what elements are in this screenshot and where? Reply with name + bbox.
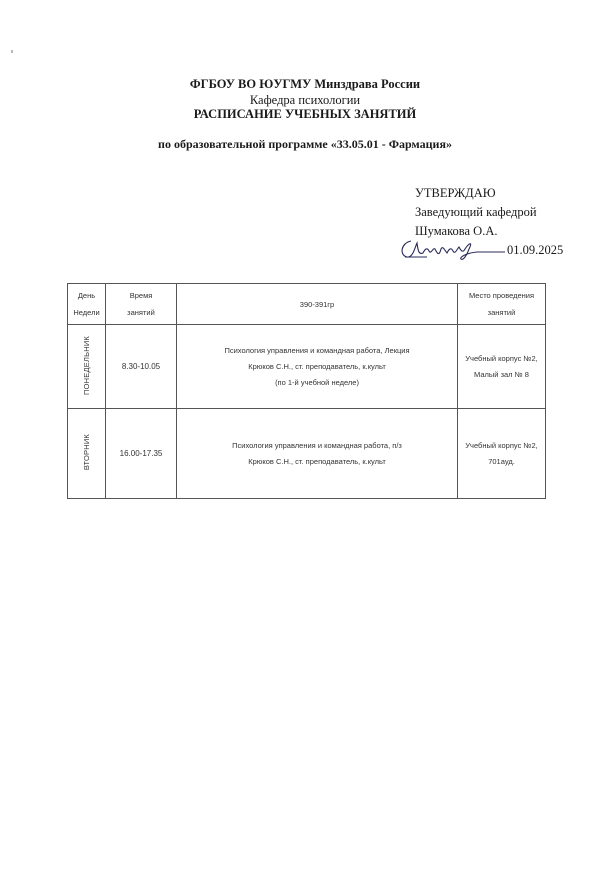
place-cell: Учебный корпус №2, Малый зал № 8 (458, 325, 546, 409)
approval-heading: УТВЕРЖДАЮ (415, 184, 537, 203)
organization-name: ФГБОУ ВО ЮУГМУ Минздрава России (0, 77, 610, 92)
time-cell: 16.00-17.35 (106, 409, 177, 499)
header-time: Время занятий (106, 284, 177, 325)
day-cell: ВТОРНИК (68, 409, 106, 499)
lesson-cell: Психология управления и командная работа… (177, 325, 458, 409)
header-place: Место проведения занятий (458, 284, 546, 325)
approval-block: УТВЕРЖДАЮ Заведующий кафедрой Шумакова О… (415, 184, 537, 260)
scan-artifact (11, 50, 13, 53)
lesson-cell: Психология управления и командная работа… (177, 409, 458, 499)
department-name: Кафедра психологии (0, 93, 610, 108)
place-cell: Учебный корпус №2, 701ауд. (458, 409, 546, 499)
program-name: по образовательной программе «33.05.01 -… (0, 137, 610, 152)
day-cell: ПОНЕДЕЛЬНИК (68, 325, 106, 409)
table-row: ВТОРНИК 16.00-17.35 Психология управлени… (68, 409, 546, 499)
schedule-table: День Недели Время занятий 390-391гр Мест… (67, 283, 546, 499)
signature-icon (397, 235, 507, 263)
header-day: День Недели (68, 284, 106, 325)
header-group: 390-391гр (177, 284, 458, 325)
approver-position: Заведующий кафедрой (415, 203, 537, 222)
approval-date: 01.09.2025 (507, 241, 563, 260)
time-cell: 8.30-10.05 (106, 325, 177, 409)
table-row: ПОНЕДЕЛЬНИК 8.30-10.05 Психология управл… (68, 325, 546, 409)
table-header-row: День Недели Время занятий 390-391гр Мест… (68, 284, 546, 325)
document-title: РАСПИСАНИЕ УЧЕБНЫХ ЗАНЯТИЙ (0, 107, 610, 122)
